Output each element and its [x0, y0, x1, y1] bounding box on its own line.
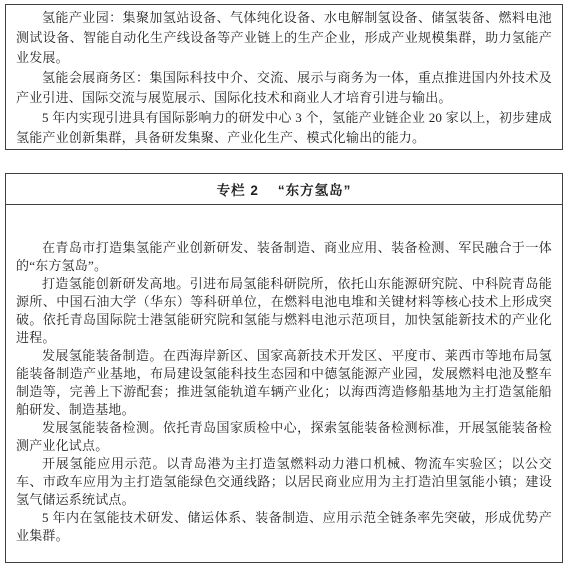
- paragraph-dongfang-hydrogen-island: 在青岛市打造集氢能产业创新研发、装备制造、商业应用、装备检测、军民融合于一体的“…: [16, 239, 552, 275]
- paragraph-five-year-goal-intro: 5 年内实现引进具有国际影响力的研发中心 3 个，氢能产业链企业 20 家以上，…: [16, 108, 552, 148]
- column-2-body: 在青岛市打造集氢能产业创新研发、装备制造、商业应用、装备检测、军民融合于一体的“…: [6, 205, 562, 545]
- paragraph-hydrogen-expo-district: 氢能会展商务区：集国际科技中介、交流、展示与商务为一体，重点推进国内外技术及产业…: [16, 68, 552, 108]
- column-2-title-label: 专栏 2: [217, 179, 259, 199]
- intro-text-block: 氢能产业园：集聚加氢站设备、气体纯化设备、水电解制氢设备、储氢装备、燃料电池测试…: [5, 4, 563, 150]
- paragraph-equipment-manufacturing: 发展氢能装备制造。在西海岸新区、国家高新技术开发区、平度市、莱西市等地布局氢能装…: [16, 347, 552, 419]
- paragraph-hydrogen-industry-park: 氢能产业园：集聚加氢站设备、气体纯化设备、水电解制氢设备、储氢装备、燃料电池测试…: [16, 8, 552, 68]
- column-2-title-bar: 专栏 2 “东方氢岛”: [6, 174, 562, 205]
- paragraph-innovation-rd-highland: 打造氢能创新研发高地。引进布局氢能科研院所，依托山东能源研究院、中科院青岛能源所…: [16, 275, 552, 347]
- paragraph-application-demonstration: 开展氢能应用示范。以青岛港为主打造氢燃料动力港口机械、物流车实验区；以公交车、市…: [16, 455, 552, 509]
- paragraph-equipment-testing: 发展氢能装备检测。依托青岛国家质检中心，探索氢能装备检测标准，开展氢能装备检测产…: [16, 419, 552, 455]
- column-2-title-name: “东方氢岛”: [278, 179, 352, 199]
- paragraph-five-year-goal-column: 5 年内在氢能技术研发、储运体系、装备制造、应用示范全链条率先突破，形成优势产业…: [16, 509, 552, 545]
- column-2-box: 专栏 2 “东方氢岛” 在青岛市打造集氢能产业创新研发、装备制造、商业应用、装备…: [5, 173, 563, 563]
